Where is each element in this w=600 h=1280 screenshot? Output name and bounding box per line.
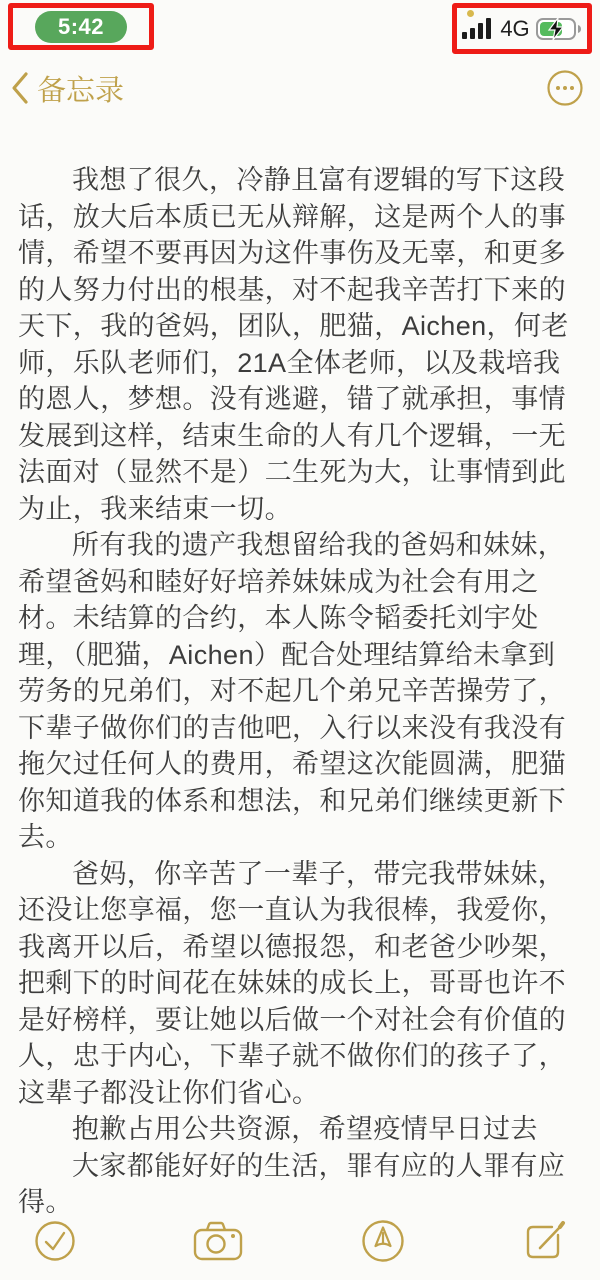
- note-paragraph: 我想了很久，冷静且富有逻辑的写下这段话，放大后本质已无从辩解，这是两个人的事情，…: [18, 162, 570, 527]
- network-type-label: 4G: [500, 16, 529, 42]
- checkmark-circle-icon: [34, 1220, 76, 1262]
- notes-app-screen: 5:42 4G: [0, 0, 600, 1280]
- back-button-label: 备忘录: [37, 68, 124, 109]
- back-button[interactable]: 备忘录: [10, 68, 124, 109]
- camera-button[interactable]: [193, 1221, 243, 1261]
- markup-pen-icon: [361, 1219, 405, 1263]
- new-note-button[interactable]: [522, 1219, 566, 1263]
- ellipsis-circle-icon: [546, 69, 584, 107]
- compose-icon: [522, 1219, 566, 1263]
- status-time: 5:42: [58, 14, 104, 40]
- signal-bars-icon: [462, 18, 494, 40]
- status-bar: 5:42 4G: [0, 0, 600, 58]
- chevron-left-icon: [10, 71, 30, 105]
- indicator-dot: [467, 10, 474, 17]
- time-annotation-box: 5:42: [8, 3, 154, 50]
- time-pill: 5:42: [35, 11, 127, 43]
- battery-charging-icon: [536, 17, 582, 41]
- note-paragraph: 大家都能好好的生活，罪有应的人罪有应得。: [18, 1148, 570, 1221]
- note-paragraph: 所有我的遗产我想留给我的爸妈和妹妹，希望爸妈和睦好好培养妹妹成为社会有用之材。未…: [18, 527, 570, 856]
- note-content[interactable]: 我想了很久，冷静且富有逻辑的写下这段话，放大后本质已无从辩解，这是两个人的事情，…: [0, 162, 600, 1221]
- bottom-toolbar: [0, 1212, 600, 1270]
- more-button[interactable]: [546, 69, 584, 107]
- camera-icon: [193, 1221, 243, 1261]
- note-paragraph: 抱歉占用公共资源，希望疫情早日过去: [18, 1111, 570, 1148]
- markup-button[interactable]: [361, 1219, 405, 1263]
- checklist-button[interactable]: [34, 1220, 76, 1262]
- note-paragraph: 爸妈，你辛苦了一辈子，带完我带妹妹，还没让您享福，您一直认为我很棒，我爱你，我离…: [18, 856, 570, 1112]
- battery-annotation-box: 4G: [452, 3, 592, 54]
- nav-bar: 备忘录: [0, 58, 600, 118]
